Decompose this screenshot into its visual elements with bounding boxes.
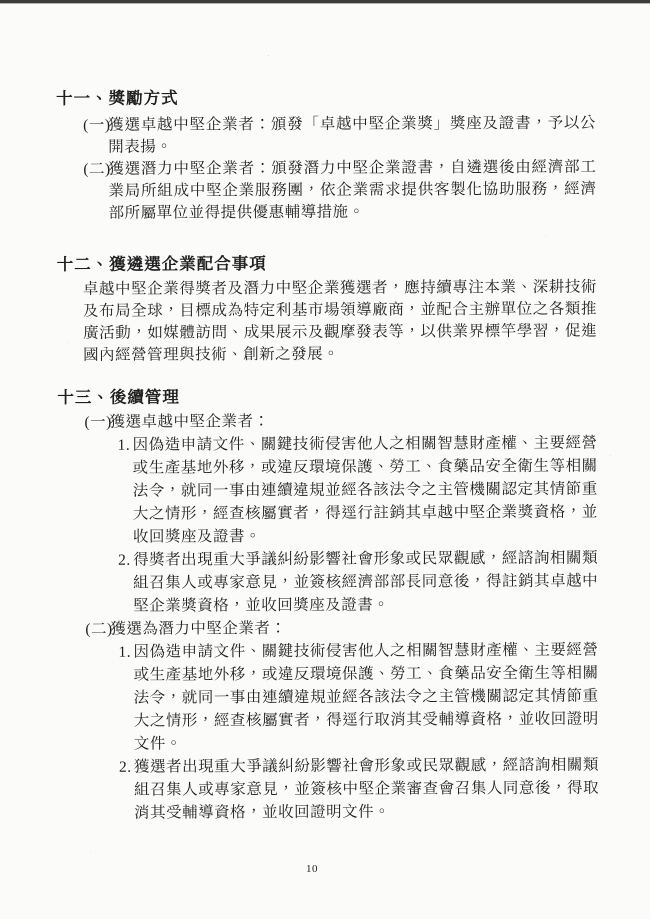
item-label: (一) — [83, 115, 108, 159]
page-number: 10 — [297, 863, 327, 875]
item-label: (二) — [83, 159, 108, 225]
item-text: 獲選為潛力中堅企業者： — [110, 616, 598, 641]
subitem-label: 2. — [118, 549, 133, 618]
sub-list-item: 2. 得獎者出現重大爭議糾紛影響社會形象或民眾觀感，經諮詢相關類組召集人或專家意… — [110, 547, 598, 618]
subitem-text: 因偽造申請文件、關鍵技術侵害他人之相關智慧財產權、主要經營或生產基地外移，或違反… — [133, 432, 598, 549]
list-item: (一) 獲選卓越中堅企業者：頒發「卓越中堅企業獎」獎座及證書，予以公開表揚。 — [56, 113, 596, 159]
section-reward-methods: 十一、獎勵方式 (一) 獲選卓越中堅企業者：頒發「卓越中堅企業獎」獎座及證書，予… — [56, 86, 597, 225]
document-content: 十一、獎勵方式 (一) 獲選卓越中堅企業者：頒發「卓越中堅企業獎」獎座及證書，予… — [56, 86, 599, 825]
scan-edge-line — [0, 0, 650, 4]
list-item: (一) 獲選卓越中堅企業者： 1. 因偽造申請文件、關鍵技術侵害他人之相關智慧財… — [57, 409, 598, 618]
sub-list-item: 1. 因偽造申請文件、關鍵技術侵害他人之相關智慧財產權、主要經營或生產基地外移，… — [110, 432, 598, 549]
subitem-text: 獲選者出現重大爭議糾紛影響社會形象或民眾觀感，經諮詢相關類組召集人或專家意見，並… — [134, 754, 599, 825]
section-heading: 十二、獲遴選企業配合事項 — [57, 252, 597, 276]
sub-list-item: 2. 獲選者出現重大爭議糾紛影響社會形象或民眾觀感，經諮詢相關類組召集人或專家意… — [111, 754, 599, 825]
sub-list-item: 1. 因偽造申請文件、關鍵技術侵害他人之相關智慧財產權、主要經營或生產基地外移，… — [110, 639, 598, 756]
item-label: (一) — [84, 411, 110, 618]
section-selected-company-obligations: 十二、獲遴選企業配合事項 卓越中堅企業得獎者及潛力中堅企業獲選者，應持續專注本業… — [57, 252, 597, 367]
item-text: 獲選潛力中堅企業者：頒發潛力中堅企業證書，自遴選後由經濟部工業局所組成中堅企業服… — [108, 157, 596, 225]
subitem-text: 得獎者出現重大爭議糾紛影響社會形象或民眾觀感，經諮詢相關類組召集人或專家意見，並… — [133, 547, 598, 618]
list-item: (二) 獲選為潛力中堅企業者： 1. 因偽造申請文件、關鍵技術侵害他人之相關智慧… — [58, 616, 599, 825]
section-heading: 十三、後續管理 — [57, 385, 597, 409]
item-label: (二) — [85, 618, 111, 825]
item-text: 獲選卓越中堅企業者：頒發「卓越中堅企業獎」獎座及證書，予以公開表揚。 — [108, 113, 596, 159]
subitem-label: 1. — [118, 434, 134, 549]
section-paragraph: 卓越中堅企業得獎者及潛力中堅企業獲選者，應持續專注本業、深耕技術及布局全球，目標… — [83, 277, 597, 367]
scan-speckles — [0, 0, 1, 1]
subitem-label: 2. — [119, 756, 134, 825]
item-text: 獲選卓越中堅企業者： — [109, 409, 597, 434]
subitem-text: 因偽造申請文件、關鍵技術侵害他人之相關智慧財產權、主要經營或生產基地外移，或違反… — [133, 639, 598, 756]
document-page: 十一、獎勵方式 (一) 獲選卓越中堅企業者：頒發「卓越中堅企業獎」獎座及證書，予… — [0, 0, 650, 919]
list-item: (二) 獲選潛力中堅企業者：頒發潛力中堅企業證書，自遴選後由經濟部工業局所組成中… — [56, 157, 596, 225]
section-heading: 十一、獎勵方式 — [56, 86, 596, 110]
section-follow-up-management: 十三、後續管理 (一) 獲選卓越中堅企業者： 1. 因偽造申請文件、關鍵技術侵害… — [57, 385, 599, 825]
subitem-label: 1. — [118, 641, 134, 756]
